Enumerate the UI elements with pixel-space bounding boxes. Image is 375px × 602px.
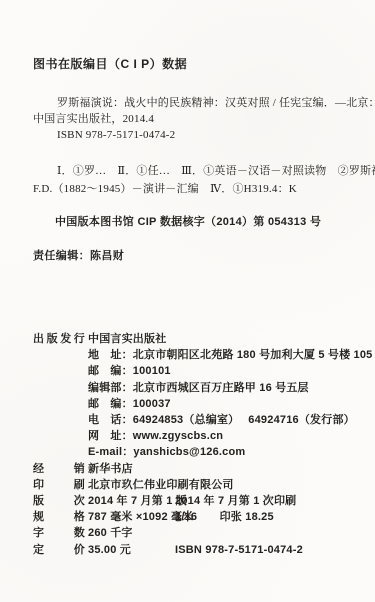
info-row-phone: 电 话：64924853（总编室） 64924716（发行部） <box>33 412 351 428</box>
info-row-text: 2014 年 7 月第 1 版 <box>88 493 187 509</box>
cip-classification-block: Ⅰ．①罗… Ⅱ．①任… Ⅲ．①英语－汉语－对照读物 ②罗斯福， F.D.（188… <box>33 162 351 198</box>
info-row-label: 定价 <box>33 542 85 558</box>
cip-isbn: ISBN 978-7-5171-0474-2 <box>33 127 351 143</box>
info-row-text-2: 2014 年 7 月第 1 次印刷 <box>175 493 296 509</box>
info-row-label: 印刷 <box>33 477 85 493</box>
info-row-distributor: 经销新华书店 <box>33 461 351 477</box>
info-row-printer: 印刷北京市玖仁伟业印刷有限公司 <box>33 477 351 493</box>
cip-header: 图书在版编目（C I P）数据 <box>33 56 351 73</box>
info-row-text: 北京市玖仁伟业印刷有限公司 <box>88 477 234 493</box>
info-row-text: E-mail：yanshicbs@126.com <box>88 444 245 460</box>
info-row-text: 邮 编：100037 <box>88 396 171 412</box>
info-row-address: 地 址：北京市朝阳区北苑路 180 号加利大厦 5 号楼 105 室 <box>33 347 351 363</box>
info-row-label: 经销 <box>33 461 85 477</box>
info-row-text: 35.00 元 <box>88 542 131 558</box>
info-row-edition: 版次2014 年 7 月第 1 版2014 年 7 月第 1 次印刷 <box>33 493 351 509</box>
editor-label: 责任编辑： <box>33 250 90 262</box>
info-row-text: 网 址：www.zgyscbs.cn <box>88 428 223 444</box>
info-row-website: 网 址：www.zgyscbs.cn <box>33 428 351 444</box>
cip-block: 图书在版编目（C I P）数据 罗斯福演说：战火中的民族精神：汉英对照 / 任宪… <box>33 56 351 231</box>
info-row-publisher: 出版发行中国言实出版社 <box>33 331 351 347</box>
info-row-wordcount: 字数260 千字 <box>33 525 351 541</box>
info-row-label: 出版发行 <box>33 331 85 347</box>
info-row-price: 定价35.00 元ISBN 978-7-5171-0474-2 <box>33 542 351 558</box>
editor-line: 责任编辑：陈昌财 <box>33 248 351 265</box>
info-row-format: 规格787 毫米 ×1092 毫米1/16 印张 18.25 <box>33 509 351 525</box>
info-row-text: 邮 编：100101 <box>88 363 171 379</box>
info-row-editorial-dept: 编辑部：北京市西城区百万庄路甲 16 号五层 <box>33 380 351 396</box>
info-row-label: 版次 <box>33 493 85 509</box>
publishing-info-block: 出版发行中国言实出版社 地 址：北京市朝阳区北苑路 180 号加利大厦 5 号楼… <box>33 331 351 558</box>
cip-description-line-1: 罗斯福演说：战火中的民族精神：汉英对照 / 任宪宝编．—北京： <box>33 95 351 111</box>
info-row-email: E-mail：yanshicbs@126.com <box>33 444 351 460</box>
info-row-label: 字数 <box>33 525 85 541</box>
info-row-text: 编辑部：北京市西城区百万庄路甲 16 号五层 <box>88 380 309 396</box>
info-row-text: 地 址：北京市朝阳区北苑路 180 号加利大厦 5 号楼 105 室 <box>88 347 375 363</box>
info-row-postcode-1: 邮 编：100101 <box>33 363 351 379</box>
info-row-label: 规格 <box>33 509 85 525</box>
info-row-text-2: 1/16 印张 18.25 <box>175 509 274 525</box>
info-row-text: 260 千字 <box>88 525 133 541</box>
cip-classification-line-2: F.D.（1882～1945）－演讲－汇编 Ⅳ．①H319.4：K <box>33 180 351 198</box>
info-row-postcode-2: 邮 编：100037 <box>33 396 351 412</box>
copyright-page: 图书在版编目（C I P）数据 罗斯福演说：战火中的民族精神：汉英对照 / 任宪… <box>0 0 375 602</box>
cip-classification-line-1: Ⅰ．①罗… Ⅱ．①任… Ⅲ．①英语－汉语－对照读物 ②罗斯福， <box>33 162 351 180</box>
info-row-text: 电 话：64924853（总编室） 64924716（发行部） <box>88 412 355 428</box>
info-row-isbn: ISBN 978-7-5171-0474-2 <box>175 542 303 558</box>
editor-name: 陈昌财 <box>90 250 124 262</box>
cip-record-number: 中国版本图书馆 CIP 数据核字（2014）第 054313 号 <box>33 214 351 231</box>
cip-description-line-2: 中国言实出版社，2014.4 <box>33 111 351 127</box>
info-row-text: 中国言实出版社 <box>88 331 166 347</box>
info-row-text: 新华书店 <box>88 461 133 477</box>
